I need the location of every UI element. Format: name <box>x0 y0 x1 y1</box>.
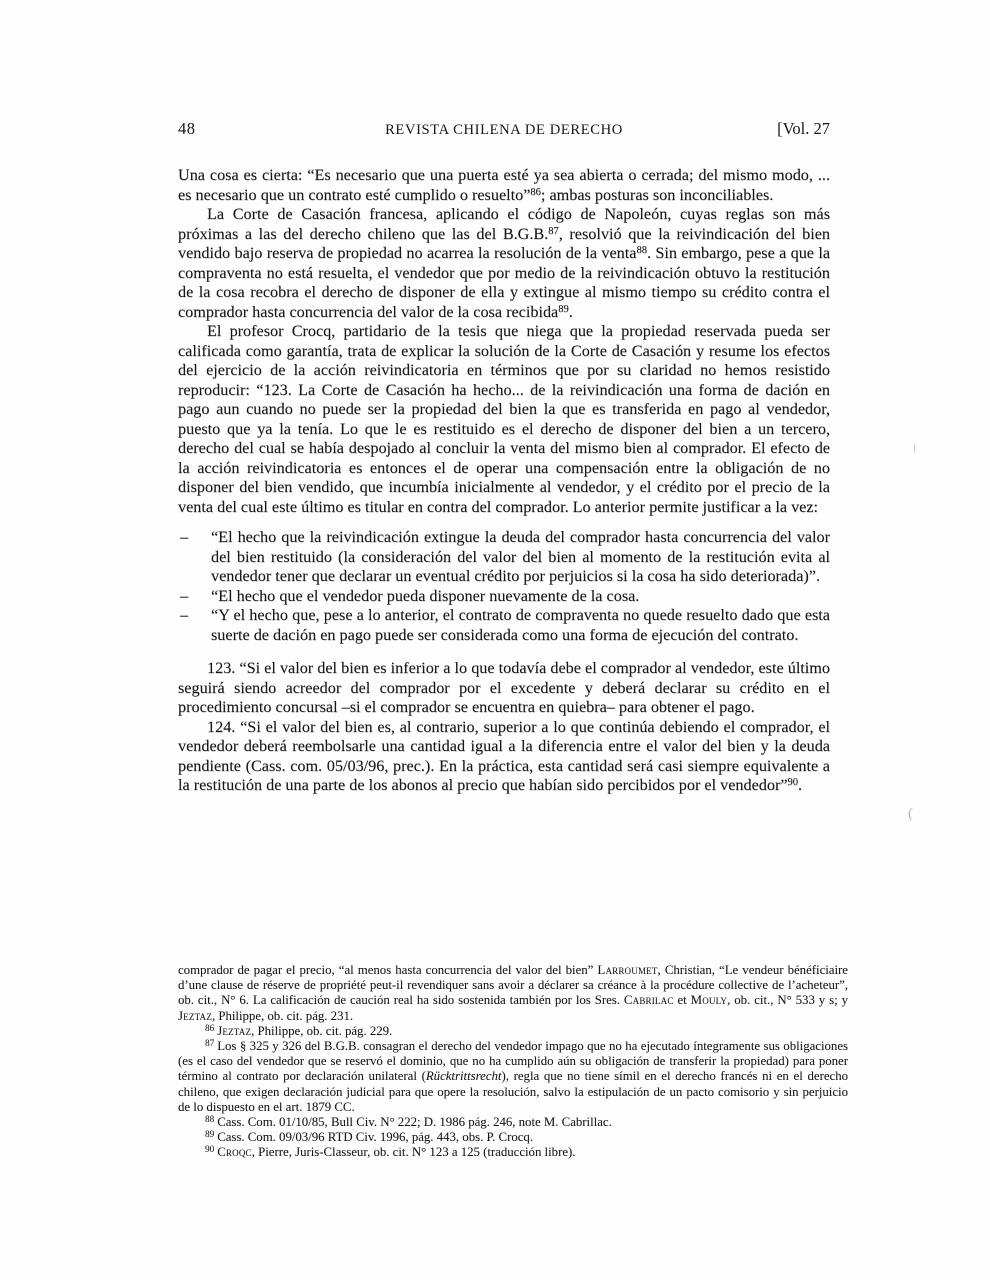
scan-speck: ǀ <box>913 440 916 458</box>
author-name-jeztaz: Jeztaz <box>217 1024 251 1038</box>
footnote-continuation: comprador de pagar el precio, “al menos … <box>178 963 848 1024</box>
quoted-effects-list: – “El hecho que la reivindicación exting… <box>178 528 830 645</box>
footnote-87: 87Los § 325 y 326 del B.G.B. consagran e… <box>178 1039 848 1115</box>
article-body: Una cosa es cierta: “Es necesario que un… <box>178 166 830 796</box>
author-name-croqc: Croqc <box>217 1145 252 1159</box>
author-name-larroumet: Larroumet <box>597 963 657 977</box>
paragraph-3: El profesor Crocq, partidario de la tesi… <box>178 322 830 517</box>
footnote-text: , Pierre, Juris-Classeur, ob. cit. N° 12… <box>252 1145 576 1159</box>
scan-speck: ( <box>908 806 913 823</box>
footnote-88: 88Cass. Com. 01/10/85, Bull Civ. N° 222;… <box>178 1115 848 1130</box>
footnote-ref-87: 87 <box>548 226 559 237</box>
footnote-text: , ob. cit., N° 533 y s; y <box>727 993 848 1007</box>
paragraph-4: 123. “Si el valor del bien es inferior a… <box>178 659 830 718</box>
footnote-ref-86: 86 <box>530 187 541 198</box>
footnote-text: Cass. Com. 01/10/85, Bull Civ. N° 222; D… <box>217 1115 612 1129</box>
footnote-text: , Philippe, ob. cit. pág. 231. <box>212 1009 353 1023</box>
list-item-text: “El hecho que la reivindicación extingue… <box>211 528 830 585</box>
list-item: – “El hecho que la reivindicación exting… <box>178 528 830 587</box>
list-dash: – <box>180 606 188 626</box>
list-dash: – <box>180 587 188 607</box>
footnote-marker-87: 87 <box>205 1038 214 1048</box>
paragraph-2-text-end: . <box>569 303 573 321</box>
page-header: 48 REVISTA CHILENA DE DERECHO [Vol. 27 <box>178 119 830 139</box>
footnote-ref-90: 90 <box>788 777 799 788</box>
volume-label: [Vol. 27 <box>720 119 830 139</box>
footnote-86: 86Jeztaz, Philippe, ob. cit. pág. 229. <box>178 1024 848 1039</box>
footnote-90: 90Croqc, Pierre, Juris-Classeur, ob. cit… <box>178 1145 848 1160</box>
list-item-text: “Y el hecho que, pese a lo anterior, el … <box>211 606 830 644</box>
list-item-text: “El hecho que el vendedor pueda disponer… <box>211 587 639 605</box>
paragraph-5-text: 124. “Si el valor del bien es, al contra… <box>178 718 830 795</box>
paragraph-5: 124. “Si el valor del bien es, al contra… <box>178 718 830 796</box>
list-item: – “Y el hecho que, pese a lo anterior, e… <box>178 606 830 645</box>
paragraph-5-text-end: . <box>798 776 802 794</box>
scanned-journal-page: 48 REVISTA CHILENA DE DERECHO [Vol. 27 U… <box>0 0 990 1280</box>
author-name-cabrilac: Cabrilac <box>624 993 674 1007</box>
footnote-text: , Philippe, ob. cit. pág. 229. <box>251 1024 392 1038</box>
list-dash: – <box>180 528 188 548</box>
paragraph-2: La Corte de Casación francesa, aplicando… <box>178 205 830 322</box>
footnote-marker-88: 88 <box>205 1114 214 1124</box>
footnotes-section: comprador de pagar el precio, “al menos … <box>178 963 848 1161</box>
paragraph-1: Una cosa es cierta: “Es necesario que un… <box>178 166 830 205</box>
footnote-marker-86: 86 <box>205 1023 214 1033</box>
author-name-mouly: Mouly <box>691 993 727 1007</box>
footnote-text: et <box>674 993 691 1007</box>
footnote-marker-90: 90 <box>205 1144 214 1154</box>
foreign-term-rucktrittsrecht: Rücktrittsrecht <box>426 1069 502 1083</box>
paragraph-1-text-cont: ; ambas posturas son inconciliables. <box>541 186 773 204</box>
footnote-marker-89: 89 <box>205 1129 214 1139</box>
journal-title: REVISTA CHILENA DE DERECHO <box>288 122 720 139</box>
author-name-jeztaz: Jeztaz <box>178 1009 212 1023</box>
footnote-ref-88: 88 <box>636 245 647 256</box>
footnote-text: comprador de pagar el precio, “al menos … <box>178 963 597 977</box>
footnote-text: Cass. Com. 09/03/96 RTD Civ. 1996, pág. … <box>217 1130 533 1144</box>
footnote-ref-89: 89 <box>558 304 569 315</box>
footnote-89: 89Cass. Com. 09/03/96 RTD Civ. 1996, pág… <box>178 1130 848 1145</box>
page-number: 48 <box>178 119 288 139</box>
list-item: – “El hecho que el vendedor pueda dispon… <box>178 587 830 607</box>
